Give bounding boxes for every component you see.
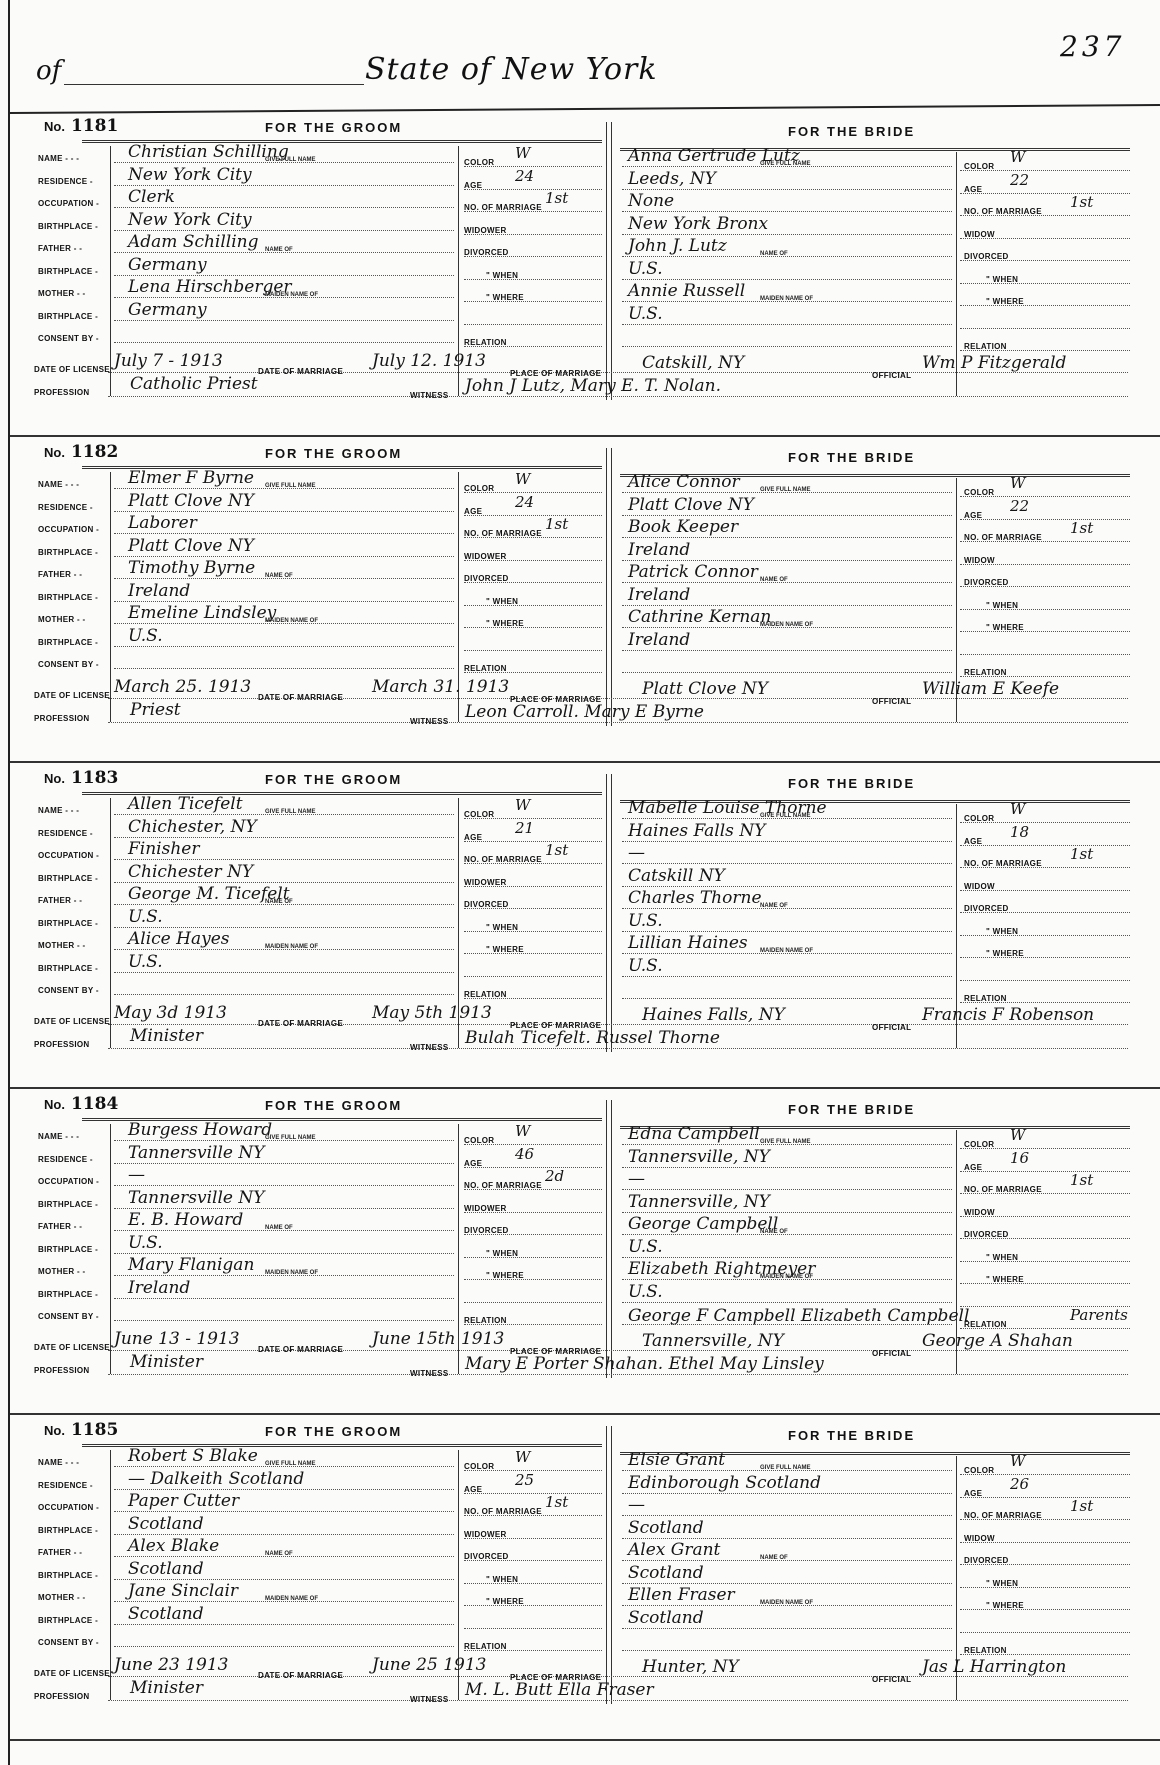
bride-name-value[interactable]: Elsie Grant — [628, 1450, 725, 1470]
bride-occupation-line — [622, 863, 952, 864]
bride-name-value[interactable]: Edna Campbell — [628, 1124, 760, 1144]
groom-residence-value[interactable]: Chichester, NY — [128, 817, 257, 837]
groom-birthplace-label: BIRTHPLACE - — [38, 222, 98, 231]
bride-residence-value[interactable]: Haines Falls NY — [628, 821, 765, 841]
profession-label: PROFESSION — [34, 1366, 89, 1375]
groom-divorced-label: DIVORCED — [464, 248, 509, 257]
bride-age-value[interactable]: 16 — [1010, 1149, 1029, 1167]
page-header: of State of New York 237 — [0, 0, 1160, 112]
bride-age-label: AGE — [964, 1163, 982, 1172]
groom-father_birthplace-value[interactable]: U.S. — [128, 1233, 163, 1253]
groom-mother_birthplace-line — [114, 972, 454, 973]
groom-no_of_marriage-value[interactable]: 1st — [545, 841, 568, 859]
groom-birthplace-value[interactable]: New York City — [128, 210, 252, 230]
bride-right-line — [960, 193, 1130, 194]
groom-birthplace-value[interactable]: Chichester NY — [128, 862, 253, 882]
bride-color-label: COLOR — [964, 162, 994, 171]
groom-father-label: FATHER - - — [38, 896, 82, 905]
groom-residence-value[interactable]: Tannersville NY — [128, 1143, 264, 1163]
bride-residence-value[interactable]: Tannersville, NY — [628, 1147, 770, 1167]
groom-where-label: " WHERE — [486, 945, 524, 954]
bride-color-label: COLOR — [964, 488, 994, 497]
bride-age-value[interactable]: 26 — [1010, 1475, 1029, 1493]
groom-mother_birthplace-value[interactable]: U.S. — [128, 626, 163, 646]
groom-father_birthplace-value[interactable]: Ireland — [128, 581, 190, 601]
groom-residence-value[interactable]: Platt Clove NY — [128, 491, 254, 511]
bride-father-value[interactable]: Patrick Connor — [628, 562, 758, 582]
profession-value[interactable]: Minister — [130, 1026, 203, 1046]
groom-birthplace-value[interactable]: Scotland — [128, 1514, 204, 1534]
bride-mother_birthplace-line — [622, 1628, 952, 1629]
bride-occupation-line — [622, 537, 952, 538]
header-blank-line — [64, 84, 364, 85]
bride-mother-value[interactable]: Ellen Fraser — [628, 1585, 735, 1605]
bride-father_birthplace-value[interactable]: U.S. — [628, 911, 663, 931]
bride-section-title: FOR THE BRIDE — [788, 1102, 915, 1117]
groom-relation-label: RELATION — [464, 338, 507, 347]
groom-father_birthplace-value[interactable]: U.S. — [128, 907, 163, 927]
date-of-license-value[interactable]: March 25. 1913 — [114, 677, 251, 697]
record-number-value: 1183 — [71, 768, 118, 788]
groom-no_of_marriage-label: NO. OF MARRIAGE — [464, 1507, 542, 1516]
bride-residence-line — [622, 1167, 952, 1168]
groom-father-label: FATHER - - — [38, 1222, 82, 1231]
bride-section-title: FOR THE BRIDE — [788, 1428, 915, 1443]
bride-birthplace-line — [622, 234, 952, 235]
bride-residence-line — [622, 841, 952, 842]
bride-no_of_marriage-value[interactable]: 1st — [1070, 193, 1093, 211]
official-value[interactable]: William E Keefe — [922, 679, 1059, 699]
groom-color-label: COLOR — [464, 484, 494, 493]
groom-give_full_name-caption: GIVE FULL NAME — [265, 1135, 316, 1141]
groom-mother-label: MOTHER - - — [38, 289, 85, 298]
groom-occupation-value[interactable]: — — [128, 1165, 145, 1185]
bride-no_of_marriage-value[interactable]: 1st — [1070, 519, 1093, 537]
bride-occupation-value[interactable]: None — [628, 191, 674, 211]
bottom-line-2 — [108, 722, 1128, 723]
groom-birthplace-label: BIRTHPLACE - — [38, 312, 98, 321]
date-of-marriage-value[interactable]: June 25 1913 — [372, 1655, 486, 1675]
groom-maiden_name_of-caption: MAIDEN NAME OF — [265, 292, 318, 298]
groom-right-line — [464, 605, 602, 606]
groom-mother-label: MOTHER - - — [38, 941, 85, 950]
groom-color-label: COLOR — [464, 1136, 494, 1145]
groom-right-line — [464, 279, 602, 280]
groom-name-value[interactable]: Allen Ticefelt — [128, 794, 243, 814]
bride-occupation-value[interactable]: — — [628, 843, 645, 863]
bride-birthplace-value[interactable]: Tannersville, NY — [628, 1192, 770, 1212]
date-of-license-value[interactable]: June 23 1913 — [114, 1655, 228, 1675]
profession-label: PROFESSION — [34, 1040, 89, 1049]
groom-right-line — [464, 1493, 602, 1494]
bride-consent_by-line — [622, 672, 952, 673]
bride-father-value[interactable]: Charles Thorne — [628, 888, 762, 908]
groom-father-label: FATHER - - — [38, 244, 82, 253]
bride-right-line — [960, 1171, 1130, 1172]
groom-color-label: COLOR — [464, 1462, 494, 1471]
groom-name-value[interactable]: Robert S Blake — [128, 1446, 258, 1466]
bride-give_full_name-caption: GIVE FULL NAME — [760, 813, 811, 819]
bride-consent_by-value[interactable]: George F Campbell Elizabeth Campbell — [628, 1306, 969, 1326]
profession-value[interactable]: Catholic Priest — [130, 374, 258, 394]
bride-residence-line — [622, 189, 952, 190]
groom-age-value[interactable]: 46 — [515, 1145, 534, 1163]
record-number: No.1182 — [44, 442, 118, 462]
witness-value[interactable]: John J Lutz, Mary E. T. Nolan. — [465, 376, 721, 396]
bride-father_birthplace-value[interactable]: U.S. — [628, 1237, 663, 1257]
date-of-marriage-label: DATE OF MARRIAGE — [258, 1671, 343, 1680]
marriage-record-1183: No.1183 FOR THE GROOM FOR THE BRIDE NAME… — [10, 762, 1160, 1089]
bride-birthplace-value[interactable]: Ireland — [628, 540, 690, 560]
groom-birthplace-label: BIRTHPLACE - — [38, 964, 98, 973]
groom-age-label: AGE — [464, 1485, 482, 1494]
bride-relation-label: RELATION — [964, 668, 1007, 677]
bride-mother_birthplace-value[interactable]: U.S. — [628, 956, 663, 976]
bride-birthplace-line — [622, 886, 952, 887]
bride-occupation-value[interactable]: Book Keeper — [628, 517, 738, 537]
groom-consent_by-label: CONSENT BY - — [38, 660, 99, 669]
bride-mother_birthplace-line — [622, 976, 952, 977]
groom-color-value[interactable]: W — [515, 144, 530, 162]
groom-give_full_name-caption: GIVE FULL NAME — [265, 1461, 316, 1467]
bride-birthplace-value[interactable]: New York Bronx — [628, 214, 768, 234]
bride-residence-value[interactable]: Leeds, NY — [628, 169, 716, 189]
profession-value[interactable]: Minister — [130, 1678, 203, 1698]
groom-section-title: FOR THE GROOM — [265, 1424, 402, 1439]
bride-birthplace-value[interactable]: Catskill NY — [628, 866, 725, 886]
bride-father-value[interactable]: George Campbell — [628, 1214, 778, 1234]
official-value[interactable]: Jas L Harrington — [922, 1657, 1066, 1677]
groom-residence-value[interactable]: New York City — [128, 165, 252, 185]
date-of-marriage-value[interactable]: June 15th 1913 — [372, 1329, 504, 1349]
bride-mother_birthplace-value[interactable]: Scotland — [628, 1608, 704, 1628]
bride-color-label: COLOR — [964, 814, 994, 823]
place-of-marriage-value[interactable]: Platt Clove NY — [642, 679, 768, 699]
bride-residence-line — [622, 1493, 952, 1494]
groom-consent_by-label: CONSENT BY - — [38, 986, 99, 995]
groom-age-value[interactable]: 24 — [515, 167, 534, 185]
bride-widow-label: WIDOW — [964, 230, 995, 239]
profession-value[interactable]: Minister — [130, 1352, 203, 1372]
bride-father_birthplace-value[interactable]: Ireland — [628, 585, 690, 605]
bride-color-value[interactable]: W — [1010, 148, 1025, 166]
groom-mother_birthplace-value[interactable]: Ireland — [128, 1278, 190, 1298]
bride-residence-value[interactable]: Edinborough Scotland — [628, 1473, 821, 1493]
groom-mother_birthplace-value[interactable]: Scotland — [128, 1604, 204, 1624]
groom-name-value[interactable]: Burgess Howard — [128, 1120, 272, 1140]
groom-box-left — [110, 1124, 111, 1374]
groom-maiden_name_of-caption: MAIDEN NAME OF — [265, 1270, 318, 1276]
groom-occupation-line — [114, 1185, 454, 1186]
official-label: OFFICIAL — [872, 371, 911, 380]
bride-birthplace-value[interactable]: Scotland — [628, 1518, 704, 1538]
groom-name-label: NAME - - - — [38, 1458, 79, 1467]
bride-give_full_name-caption: GIVE FULL NAME — [760, 1465, 811, 1471]
bride-consent_by-line — [622, 1650, 952, 1651]
groom-no_of_marriage-value[interactable]: 1st — [545, 515, 568, 533]
groom-color-value[interactable]: W — [515, 470, 530, 488]
bride-color-value[interactable]: W — [1010, 474, 1025, 492]
bride-when-label: " WHEN — [986, 1253, 1018, 1262]
groom-birthplace-label: BIRTHPLACE - — [38, 593, 98, 602]
groom-mother_birthplace-value[interactable]: U.S. — [128, 952, 163, 972]
bride-father-value[interactable]: Alex Grant — [628, 1540, 720, 1560]
profession-value[interactable]: Priest — [130, 700, 181, 720]
bride-give_full_name-caption: GIVE FULL NAME — [760, 161, 811, 167]
groom-name_of-caption: NAME OF — [265, 1225, 293, 1231]
bride-no_of_marriage-value[interactable]: 1st — [1070, 845, 1093, 863]
groom-maiden_name_of-caption: MAIDEN NAME OF — [265, 618, 318, 624]
groom-occupation-value[interactable]: Clerk — [128, 187, 175, 207]
record-number-value: 1185 — [71, 1420, 118, 1440]
bride-age-value[interactable]: 22 — [1010, 171, 1029, 189]
bride-right-line — [960, 519, 1130, 520]
bride-name_of-caption: NAME OF — [760, 577, 788, 583]
bride-name-value[interactable]: Alice Connor — [628, 472, 740, 492]
date-of-marriage-label: DATE OF MARRIAGE — [258, 693, 343, 702]
bride-residence-line — [622, 515, 952, 516]
bride-father_birthplace-value[interactable]: U.S. — [628, 259, 663, 279]
place-of-marriage-value[interactable]: Tannersville, NY — [642, 1331, 784, 1351]
bride-mother-value[interactable]: Lillian Haines — [628, 933, 748, 953]
bride-right-line — [960, 328, 1130, 329]
groom-mother-value[interactable]: Emeline Lindsley — [128, 603, 276, 623]
witness-value[interactable]: Mary E Porter Shahan. Ethel May Linsley — [465, 1354, 824, 1374]
date-of-license-value[interactable]: June 13 - 1913 — [114, 1329, 240, 1349]
record-number: No.1183 — [44, 768, 118, 788]
groom-right-line — [464, 301, 602, 302]
groom-occupation-line — [114, 859, 454, 860]
witness-label: WITNESS — [410, 1695, 449, 1704]
groom-widower-label: WIDOWER — [464, 1204, 507, 1213]
groom-birthplace-line — [114, 230, 454, 231]
bride-when-label: " WHEN — [986, 275, 1018, 284]
groom-color-value[interactable]: W — [515, 796, 530, 814]
bride-widow-label: WIDOW — [964, 556, 995, 565]
bride-occupation-line — [622, 1189, 952, 1190]
groom-box-left — [110, 1450, 111, 1700]
groom-father-value[interactable]: E. B. Howard — [128, 1210, 243, 1230]
bride-where-label: " WHERE — [986, 949, 1024, 958]
bride-occupation-value[interactable]: — — [628, 1495, 645, 1515]
date-of-license-value[interactable]: May 3d 1913 — [114, 1003, 227, 1023]
groom-occupation-line — [114, 533, 454, 534]
bride-color-value[interactable]: W — [1010, 1452, 1025, 1470]
place-of-marriage-value[interactable]: Haines Falls, NY — [642, 1005, 785, 1025]
bride-father-value[interactable]: John J. Lutz — [628, 236, 727, 256]
groom-father_birthplace-line — [114, 927, 454, 928]
groom-mother_birthplace-value[interactable]: Germany — [128, 300, 207, 320]
groom-residence-line — [114, 511, 454, 512]
groom-father_birthplace-value[interactable]: Germany — [128, 255, 207, 275]
official-value[interactable]: Wm P Fitzgerald — [922, 353, 1066, 373]
witness-label: WITNESS — [410, 1369, 449, 1378]
place-of-marriage-value[interactable]: Catskill, NY — [642, 353, 744, 373]
groom-color-value[interactable]: W — [515, 1448, 530, 1466]
groom-when-label: " WHEN — [486, 1575, 518, 1584]
bride-relation-label: RELATION — [964, 1320, 1007, 1329]
bride-name_of-caption: NAME OF — [760, 251, 788, 257]
groom-occupation-label: OCCUPATION - — [38, 525, 99, 534]
bride-right-line — [960, 1632, 1130, 1633]
date-of-marriage-value[interactable]: July 12. 1913 — [372, 351, 486, 371]
bride-father_birthplace-line — [622, 605, 952, 606]
bride-color-label: COLOR — [964, 1140, 994, 1149]
groom-mother-value[interactable]: Alice Hayes — [128, 929, 230, 949]
date-of-marriage-value[interactable]: March 31. 1913 — [372, 677, 509, 697]
bride-color-value[interactable]: W — [1010, 1126, 1025, 1144]
date-of-license-label: DATE OF LICENSE — [34, 1017, 110, 1026]
bride-consent_by-line — [622, 346, 952, 347]
groom-age-value[interactable]: 24 — [515, 493, 534, 511]
groom-right-line — [464, 841, 602, 842]
bride-mother_birthplace-value[interactable]: U.S. — [628, 1282, 663, 1302]
place-of-marriage-value[interactable]: Hunter, NY — [642, 1657, 739, 1677]
bride-mother_birthplace-value[interactable]: U.S. — [628, 304, 663, 324]
official-value[interactable]: George A Shahan — [922, 1331, 1073, 1351]
marriage-record-1185: No.1185 FOR THE GROOM FOR THE BRIDE NAME… — [10, 1414, 1160, 1741]
bride-when-label: " WHEN — [986, 601, 1018, 610]
groom-section-title: FOR THE GROOM — [265, 1098, 402, 1113]
bride-widow-label: WIDOW — [964, 1534, 995, 1543]
header-prefix: of — [36, 56, 61, 86]
groom-residence-line — [114, 1163, 454, 1164]
groom-consent_by-label: CONSENT BY - — [38, 334, 99, 343]
bride-age-label: AGE — [964, 511, 982, 520]
witness-value[interactable]: Leon Carroll. Mary E Byrne — [465, 702, 704, 722]
groom-section-title: FOR THE GROOM — [265, 772, 402, 787]
groom-father_birthplace-line — [114, 275, 454, 276]
groom-mother-value[interactable]: Jane Sinclair — [128, 1581, 238, 1601]
groom-no_of_marriage-label: NO. OF MARRIAGE — [464, 529, 542, 538]
groom-give_full_name-caption: GIVE FULL NAME — [265, 483, 316, 489]
bride-section-title: FOR THE BRIDE — [788, 124, 915, 139]
groom-right-line — [464, 189, 602, 190]
bride-occupation-value[interactable]: — — [628, 1169, 645, 1189]
witness-value[interactable]: M. L. Butt Ella Fraser — [465, 1680, 654, 1700]
groom-name-label: NAME - - - — [38, 806, 79, 815]
bride-father_birthplace-value[interactable]: Scotland — [628, 1563, 704, 1583]
groom-right-line — [464, 1302, 602, 1303]
bride-age-value[interactable]: 22 — [1010, 497, 1029, 515]
groom-birthplace-label: BIRTHPLACE - — [38, 1571, 98, 1580]
official-label: OFFICIAL — [872, 1023, 911, 1032]
groom-widower-label: WIDOWER — [464, 226, 507, 235]
groom-birthplace-line — [114, 1534, 454, 1535]
bride-where-label: " WHERE — [986, 1275, 1024, 1284]
groom-right-line — [464, 1257, 602, 1258]
groom-name-value[interactable]: Elmer F Byrne — [128, 468, 254, 488]
bride-maiden_name_of-caption: MAIDEN NAME OF — [760, 1274, 813, 1280]
witness-value[interactable]: Bulah Ticefelt. Russel Thorne — [465, 1028, 720, 1048]
date-of-license-label: DATE OF LICENSE — [34, 1343, 110, 1352]
groom-name_of-caption: NAME OF — [265, 1551, 293, 1557]
date-of-license-value[interactable]: July 7 - 1913 — [114, 351, 223, 371]
groom-right-line — [464, 931, 602, 932]
bride-when-label: " WHEN — [986, 1579, 1018, 1588]
bride-color-value[interactable]: W — [1010, 800, 1025, 818]
bride-maiden_name_of-caption: MAIDEN NAME OF — [760, 948, 813, 954]
groom-occupation-value[interactable]: Laborer — [128, 513, 197, 533]
groom-father-value[interactable]: Alex Blake — [128, 1536, 219, 1556]
date-of-marriage-label: DATE OF MARRIAGE — [258, 1345, 343, 1354]
groom-no_of_marriage-value[interactable]: 2d — [545, 1167, 564, 1185]
groom-residence-value[interactable]: — Dalkeith Scotland — [128, 1469, 304, 1489]
groom-mother_birthplace-line — [114, 1624, 454, 1625]
groom-father-label: FATHER - - — [38, 1548, 82, 1557]
groom-father_birthplace-line — [114, 1253, 454, 1254]
page-title: State of New York — [365, 52, 658, 87]
bride-no_of_marriage-value[interactable]: 1st — [1070, 1497, 1093, 1515]
groom-no_of_marriage-value[interactable]: 1st — [545, 189, 568, 207]
groom-birthplace-label: BIRTHPLACE - — [38, 548, 98, 557]
groom-father-value[interactable]: Timothy Byrne — [128, 558, 255, 578]
groom-box-left — [110, 146, 111, 396]
bride-father_birthplace-line — [622, 279, 952, 280]
groom-birthplace-value[interactable]: Tannersville NY — [128, 1188, 264, 1208]
bride-mother_birthplace-value[interactable]: Ireland — [628, 630, 690, 650]
bride-relation-value[interactable]: Parents — [1070, 1306, 1128, 1324]
groom-right-line — [464, 1605, 602, 1606]
groom-divorced-label: DIVORCED — [464, 574, 509, 583]
bride-consent_by-line — [622, 998, 952, 999]
record-number: No.1184 — [44, 1094, 118, 1114]
date-of-marriage-value[interactable]: May 5th 1913 — [372, 1003, 492, 1023]
groom-no_of_marriage-label: NO. OF MARRIAGE — [464, 1181, 542, 1190]
groom-father_birthplace-line — [114, 601, 454, 602]
bride-where-label: " WHERE — [986, 1601, 1024, 1610]
bride-widow-label: WIDOW — [964, 882, 995, 891]
groom-birthplace-label: BIRTHPLACE - — [38, 919, 98, 928]
bride-occupation-line — [622, 211, 952, 212]
groom-mother_birthplace-line — [114, 646, 454, 647]
groom-age-value[interactable]: 25 — [515, 1471, 534, 1489]
bride-give_full_name-caption: GIVE FULL NAME — [760, 1139, 811, 1145]
groom-occupation-value[interactable]: Paper Cutter — [128, 1491, 239, 1511]
bride-no_of_marriage-value[interactable]: 1st — [1070, 1171, 1093, 1189]
groom-birthplace-label: BIRTHPLACE - — [38, 1526, 98, 1535]
groom-occupation-value[interactable]: Finisher — [128, 839, 199, 859]
groom-section-title: FOR THE GROOM — [265, 120, 402, 135]
groom-consent_by-line — [114, 1646, 454, 1647]
groom-consent_by-line — [114, 668, 454, 669]
groom-color-value[interactable]: W — [515, 1122, 530, 1140]
groom-right-line — [464, 650, 602, 651]
groom-right-line — [464, 976, 602, 977]
groom-age-value[interactable]: 21 — [515, 819, 534, 837]
bride-residence-value[interactable]: Platt Clove NY — [628, 495, 754, 515]
groom-mother-value[interactable]: Mary Flanigan — [128, 1255, 254, 1275]
groom-father_birthplace-value[interactable]: Scotland — [128, 1559, 204, 1579]
groom-color-label: COLOR — [464, 810, 494, 819]
witness-label: WITNESS — [410, 1043, 449, 1052]
bride-divorced-label: DIVORCED — [964, 904, 1009, 913]
groom-name_of-caption: NAME OF — [265, 573, 293, 579]
bottom-line-2 — [108, 396, 1128, 397]
groom-widower-label: WIDOWER — [464, 552, 507, 561]
bride-age-value[interactable]: 18 — [1010, 823, 1029, 841]
groom-birthplace-value[interactable]: Platt Clove NY — [128, 536, 254, 556]
bride-mother-value[interactable]: Cathrine Kernan — [628, 607, 771, 627]
groom-father-value[interactable]: Adam Schilling — [128, 232, 259, 252]
groom-consent_by-label: CONSENT BY - — [38, 1638, 99, 1647]
groom-name_of-caption: NAME OF — [265, 899, 293, 905]
official-value[interactable]: Francis F Robenson — [922, 1005, 1094, 1025]
groom-birthplace-line — [114, 556, 454, 557]
groom-occupation-label: OCCUPATION - — [38, 1503, 99, 1512]
bride-mother-value[interactable]: Annie Russell — [628, 281, 745, 301]
groom-no_of_marriage-value[interactable]: 1st — [545, 1493, 568, 1511]
